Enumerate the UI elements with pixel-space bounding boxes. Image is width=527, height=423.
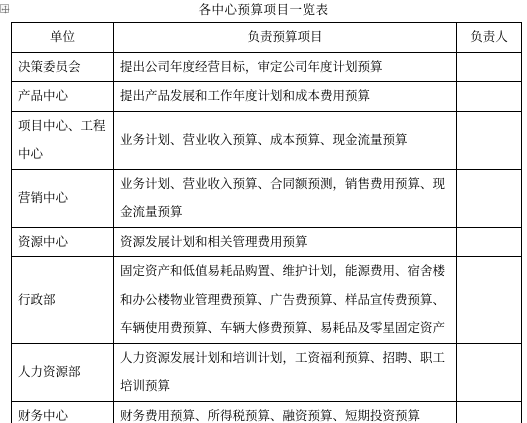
unit-cell: 项目中心、工程中心 <box>12 111 114 169</box>
table-row: 营销中心 业务计划、营业收入预算、合同额预测，销售费用预算、现金流量预算 <box>12 169 522 227</box>
unit-cell: 资源中心 <box>12 227 114 257</box>
unit-cell: 人力资源部 <box>12 343 114 401</box>
table-row: 资源中心 资源发展计划和相关管理费用预算 <box>12 227 522 257</box>
owner-cell[interactable] <box>457 169 522 227</box>
unit-cell: 营销中心 <box>12 169 114 227</box>
unit-cell: 行政部 <box>12 257 114 344</box>
owner-cell[interactable] <box>457 82 522 112</box>
budget-items-cell: 财务费用预算、所得税预算、融资预算、短期投资预算 <box>114 401 457 423</box>
owner-cell[interactable] <box>457 52 522 82</box>
header-unit: 单位 <box>12 23 114 53</box>
table-row: 财务中心 财务费用预算、所得税预算、融资预算、短期投资预算 <box>12 401 522 423</box>
owner-cell[interactable] <box>457 111 522 169</box>
budget-table: 单位 负责预算项目 负责人 决策委员会 提出公司年度经营目标，审定公司年度计划预… <box>11 22 522 423</box>
budget-items-cell: 资源发展计划和相关管理费用预算 <box>114 227 457 257</box>
budget-items-cell: 提出公司年度经营目标，审定公司年度计划预算 <box>114 52 457 82</box>
budget-items-cell: 业务计划、营业收入预算、合同额预测，销售费用预算、现金流量预算 <box>114 169 457 227</box>
owner-cell[interactable] <box>457 257 522 344</box>
header-owner: 负责人 <box>457 23 522 53</box>
owner-cell[interactable] <box>457 343 522 401</box>
budget-items-cell: 提出产品发展和工作年度计划和成本费用预算 <box>114 82 457 112</box>
budget-items-cell: 业务计划、营业收入预算、成本预算、现金流量预算 <box>114 111 457 169</box>
header-budget-items: 负责预算项目 <box>114 23 457 53</box>
document-title: 各中心预算项目一览表 <box>0 2 527 18</box>
unit-cell: 产品中心 <box>12 82 114 112</box>
unit-cell: 财务中心 <box>12 401 114 423</box>
owner-cell[interactable] <box>457 401 522 423</box>
table-row: 决策委员会 提出公司年度经营目标，审定公司年度计划预算 <box>12 52 522 82</box>
table-row: 人力资源部 人力资源发展计划和培训计划，工资福利预算、招聘、职工培训预算 <box>12 343 522 401</box>
owner-cell[interactable] <box>457 227 522 257</box>
table-row: 产品中心 提出产品发展和工作年度计划和成本费用预算 <box>12 82 522 112</box>
table-row: 项目中心、工程中心 业务计划、营业收入预算、成本预算、现金流量预算 <box>12 111 522 169</box>
table-header-row: 单位 负责预算项目 负责人 <box>12 23 522 53</box>
table-row: 行政部 固定资产和低值易耗品购置、维护计划，能源费用、宿舍楼和办公楼物业管理费预… <box>12 257 522 344</box>
unit-cell: 决策委员会 <box>12 52 114 82</box>
budget-items-cell: 人力资源发展计划和培训计划，工资福利预算、招聘、职工培训预算 <box>114 343 457 401</box>
budget-items-cell: 固定资产和低值易耗品购置、维护计划，能源费用、宿舍楼和办公楼物业管理费预算、广告… <box>114 257 457 344</box>
